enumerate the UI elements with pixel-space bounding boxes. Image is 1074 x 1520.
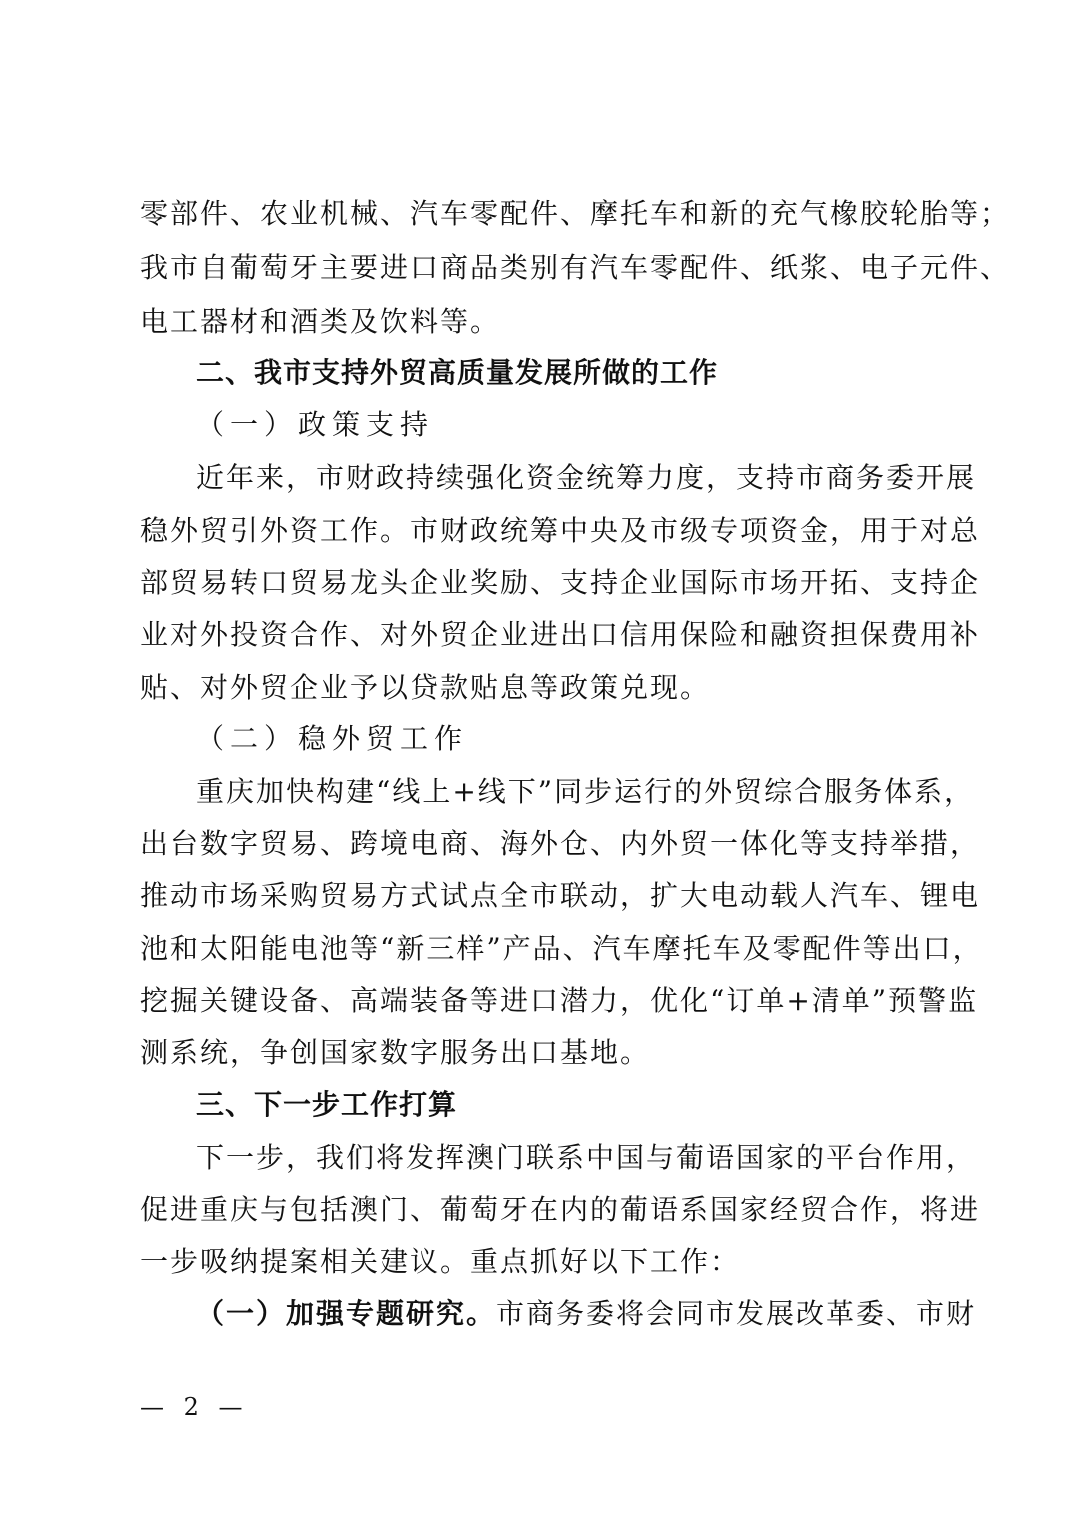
- body-line: 测系统，争创国家数字服务出口基地。: [140, 1036, 940, 1070]
- body-line: 促进重庆与包括澳门、葡萄牙在内的葡语系国家经贸合作，将进: [140, 1193, 940, 1227]
- body-line: 稳外贸引外资工作。市财政统筹中央及市级专项资金，用于对总: [140, 514, 940, 548]
- subsection-heading: （二）稳外贸工作: [196, 722, 996, 756]
- subsection-heading: （一）政策支持: [196, 408, 996, 442]
- body-line: 部贸易转口贸易龙头企业奖励、支持企业国际市场开拓、支持企: [140, 566, 940, 600]
- body-line: 出台数字贸易、跨境电商、海外仓、内外贸一体化等支持举措，: [140, 827, 940, 861]
- body-line: 一步吸纳提案相关建议。重点抓好以下工作：: [140, 1245, 940, 1279]
- document-page: 零部件、农业机械、汽车零配件、摩托车和新的充气橡胶轮胎等； 我市自葡萄牙主要进口…: [0, 0, 1074, 1520]
- section-heading: 二、我市支持外贸高质量发展所做的工作: [196, 356, 996, 390]
- body-line: 近年来，市财政持续强化资金统筹力度，支持市商务委开展: [196, 461, 996, 495]
- body-line: 下一步，我们将发挥澳门联系中国与葡语国家的平台作用，: [196, 1141, 996, 1175]
- section-heading: 三、下一步工作打算: [196, 1088, 996, 1122]
- body-line: 贴、对外贸企业予以贷款贴息等政策兑现。: [140, 671, 940, 705]
- body-line: 挖掘关键设备、高端装备等进口潜力，优化“订单+清单”预警监: [140, 984, 940, 1018]
- body-line: 零部件、农业机械、汽车零配件、摩托车和新的充气橡胶轮胎等；: [140, 197, 940, 231]
- body-line: 池和太阳能电池等“新三样”产品、汽车摩托车及零配件等出口，: [140, 932, 940, 966]
- page-number: — 2 —: [140, 1392, 249, 1422]
- body-line: 电工器材和酒类及饮料等。: [140, 305, 940, 339]
- item-heading: （一）加强专题研究。: [196, 1297, 496, 1330]
- body-line: 重庆加快构建“线上+线下”同步运行的外贸综合服务体系，: [196, 775, 996, 809]
- item-text: 市商务委将会同市发展改革委、市财: [496, 1297, 976, 1330]
- body-line: 推动市场采购贸易方式试点全市联动，扩大电动载人汽车、锂电: [140, 879, 940, 913]
- body-line: （一）加强专题研究。市商务委将会同市发展改革委、市财: [196, 1297, 996, 1331]
- body-line: 业对外投资合作、对外贸企业进出口信用保险和融资担保费用补: [140, 618, 940, 652]
- body-line: 我市自葡萄牙主要进口商品类别有汽车零配件、纸浆、电子元件、: [140, 251, 940, 285]
